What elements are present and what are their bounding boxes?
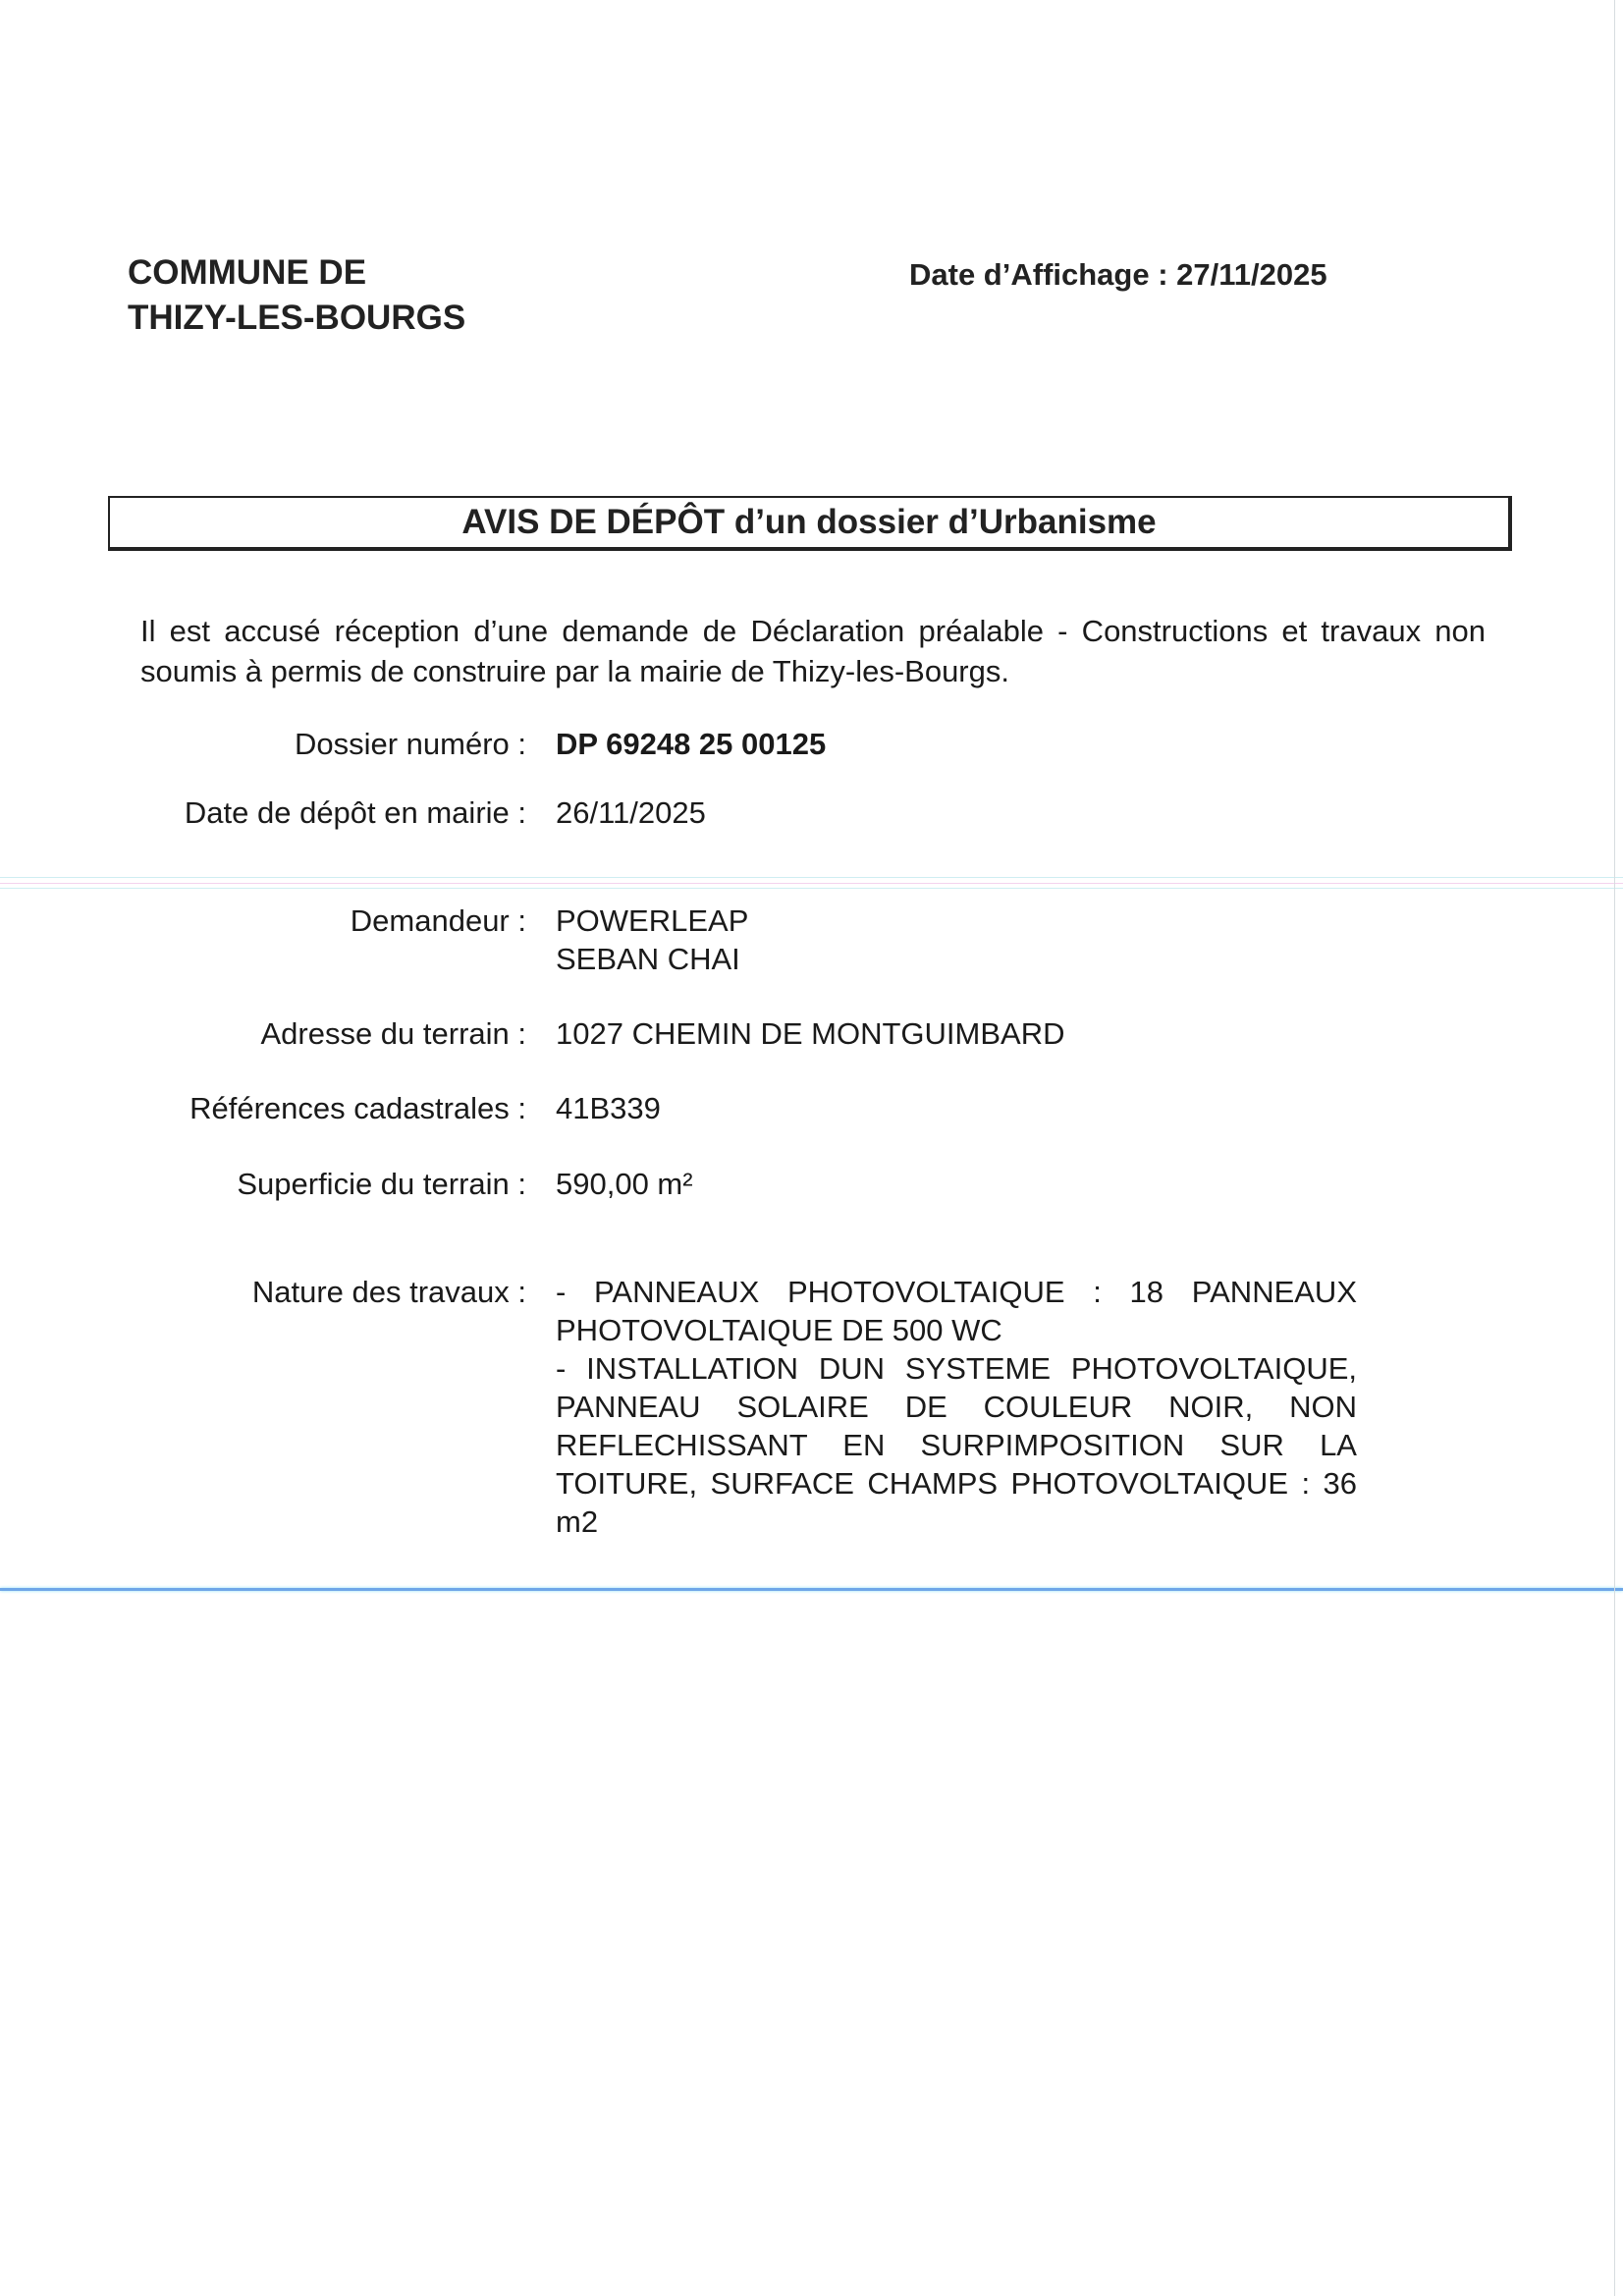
page-edge [1614,0,1615,2296]
field-label: Dossier numéro : [295,725,526,763]
field-label: Nature des travaux : [252,1273,526,1311]
adresse-value: 1027 CHEMIN DE MONTGUIMBARD [556,1014,1357,1053]
nature-item-1: - PANNEAUX PHOTOVOLTAIQUE : 18 PANNEAUX … [556,1273,1357,1349]
commune-line-2: THIZY-LES-BOURGS [128,296,465,341]
demandeur-line-2: SEBAN CHAI [556,940,1357,978]
field-label: Demandeur : [351,902,526,940]
demandeur-line-1: POWERLEAP [556,902,1357,940]
scan-artifact-line [0,877,1623,889]
demandeur-value: POWERLEAP SEBAN CHAI [556,902,1357,978]
field-label: Date de dépôt en mairie : [185,793,526,832]
field-label: Références cadastrales : [189,1089,526,1127]
document-title: AVIS DE DÉPÔT d’un dossier d’Urbanisme [108,496,1512,551]
cadastre-value: 41B339 [556,1089,1357,1127]
date-affichage: Date d’Affichage : 27/11/2025 [909,257,1327,293]
superficie-value: 590,00 m² [556,1165,1357,1203]
field-label: Adresse du terrain : [260,1014,526,1053]
dossier-number: DP 69248 25 00125 [556,725,1357,763]
date-depot-value: 26/11/2025 [556,793,1357,832]
commune-name: COMMUNE DE THIZY-LES-BOURGS [128,250,465,341]
nature-item-2: - INSTALLATION DUN SYSTEME PHOTOVOLTAIQU… [556,1349,1357,1541]
intro-paragraph: Il est accusé réception d’une demande de… [140,611,1486,691]
commune-line-1: COMMUNE DE [128,250,465,296]
nature-value: - PANNEAUX PHOTOVOLTAIQUE : 18 PANNEAUX … [556,1273,1357,1541]
field-label: Superficie du terrain : [237,1165,526,1203]
scan-artifact-line [0,1588,1623,1591]
